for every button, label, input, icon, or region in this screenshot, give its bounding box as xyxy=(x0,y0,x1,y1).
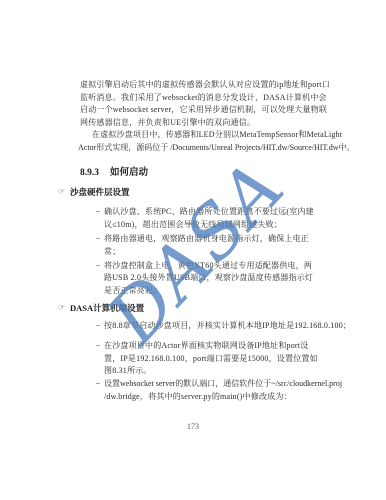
list-item-line: 路USB 2.0头接外置USB端口，观察沙盘温度传感器指示灯 xyxy=(104,272,313,283)
body-line: 虚拟引擎启动后其中的虚拟传感器会默认从对应设置的ip地址和port口 xyxy=(80,79,330,90)
section-title: 如何启动 xyxy=(110,168,148,178)
list-item-line: 确认沙盘、系统PC、路由器所处位置距离不要过远(室内建 xyxy=(104,206,314,217)
dash-icon: – xyxy=(96,340,100,349)
group-label-hardware: 沙盘硬件层设置 xyxy=(70,186,130,198)
dash-icon: – xyxy=(96,320,100,329)
list-item-line: 常； xyxy=(104,246,120,257)
body-line: 启动一个websocket server，它采用异步通信机制，可以处理大量物联 xyxy=(80,104,327,115)
pointing-hand-icon: ☞ xyxy=(58,303,65,312)
body-line: 网传感器信息，并负责和UE引擎中的双向通信。 xyxy=(80,117,255,128)
list-item-line: 将路由器通电，观察路由器机身电源指示灯，确保上电正 xyxy=(104,233,309,244)
body-line: 监听消息。我们采用了websocket的消息分发设计，DASA计算机中会 xyxy=(80,92,327,103)
dash-icon: – xyxy=(96,233,100,242)
dash-icon: – xyxy=(96,378,100,387)
list-item-line: 置，IP是192.168.0.100，port端口需要是15000，设置位置如 xyxy=(104,353,318,364)
pointing-hand-icon: ☞ xyxy=(58,187,65,196)
body-line: Actor形式实现，源码位于 /Documents/Unreal Project… xyxy=(78,142,355,153)
section-number: 8.9.3 xyxy=(80,168,99,178)
section-heading: 8.9.3如何启动 xyxy=(80,164,148,178)
list-item-line: 在沙盘项目中的Actor界面核实物联网设备IP地址和port设 xyxy=(104,340,308,351)
group-label-dasa-computer: DASA计算机端设置 xyxy=(70,302,144,314)
page-number: 173 xyxy=(0,422,386,431)
list-item-line: 设置websocket server的默认端口，通信软件位于~/src/clou… xyxy=(104,378,342,389)
list-item-line: 按8.8章节启动沙盘项目，并核实计算机本地IP地址是192.168.0.100； xyxy=(104,320,351,331)
dash-icon: – xyxy=(96,206,100,215)
body-line: 在虚拟沙盘项目中，传感器和LED分别以MetaTempSensor和MetaLi… xyxy=(92,129,342,140)
list-item-line: /dw.bridge，将其中的server.py的main()中修改成为： xyxy=(104,391,292,402)
dash-icon: – xyxy=(96,260,100,269)
document-page: DASA 虚拟引擎启动后其中的虚拟传感器会默认从对应设置的ip地址和port口 … xyxy=(0,0,386,500)
list-item-line: 议≤10m)，超出范围会导致无线局域网组建失败； xyxy=(104,219,282,230)
list-item-line: 是否正常亮起； xyxy=(104,285,161,296)
list-item-line: 将沙盘控制盒上电，黄色XT60头通过专用适配器供电，两 xyxy=(104,260,312,271)
list-item-line: 图8.31所示。 xyxy=(104,365,152,376)
